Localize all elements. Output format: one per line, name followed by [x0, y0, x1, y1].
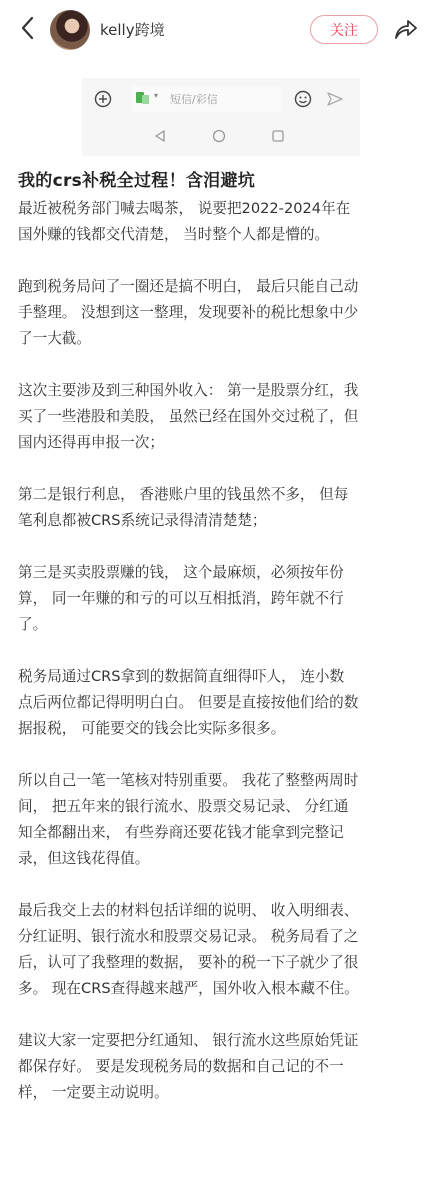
paragraph: 建议大家一定要把分红通知、 银行流水这些原始凭证 都保存好。 要是发现税务局的数…: [18, 1028, 424, 1106]
text-line: 手整理。 没想到这一整理，发现要补的税比想象中少: [18, 300, 424, 326]
text-line: 都保存好。 要是发现税务局的数据和自己记的不一: [18, 1054, 424, 1080]
text-line: 了一大截。: [18, 326, 424, 352]
post-title: 我的crs补税全过程！含泪避坑: [18, 166, 255, 191]
paragraph: 跑到税务局问了一圈还是搞不明白， 最后只能自己动 手整理。 没想到这一整理，发现…: [18, 274, 424, 352]
text-line: 国内还得再申报一次；: [18, 430, 424, 456]
text-line: 跑到税务局问了一圈还是搞不明白， 最后只能自己动: [18, 274, 424, 300]
text-line: 买了一些港股和美股， 虽然已经在国外交过税了，但: [18, 404, 424, 430]
paragraph: 这次主要涉及到三种国外收入： 第一是股票分红，我 买了一些港股和美股， 虽然已经…: [18, 378, 424, 456]
message-input-bar: ▾ 短信/彩信: [82, 82, 360, 118]
text-line: 多。 现在CRS查得越来越严，国外收入根本藏不住。: [18, 976, 424, 1002]
avatar[interactable]: [50, 10, 90, 50]
text-line: 样， 一定要主动说明。: [18, 1080, 424, 1106]
share-arrow-icon: [393, 16, 419, 42]
paragraph: 最近被税务部门喊去喝茶， 说要把2022-2024年在 国外赚的钱都交代清楚， …: [18, 196, 424, 248]
follow-button[interactable]: 关注: [310, 15, 378, 44]
paragraph: 税务局通过CRS拿到的数据简直细得吓人， 连小数 点后两位都记得明明白白。 但要…: [18, 664, 424, 742]
text-line: 第二是银行利息， 香港账户里的钱虽然不多， 但每: [18, 482, 424, 508]
back-button[interactable]: [18, 14, 38, 42]
dropdown-caret-icon: ▾: [154, 91, 158, 100]
text-line: 录，但这钱花得值。: [18, 846, 424, 872]
message-placeholder: 短信/彩信: [170, 91, 218, 107]
text-line: 第三是买卖股票赚的钱， 这个最麻烦，必须按年份: [18, 560, 424, 586]
paragraph: 最后我交上去的材料包括详细的说明、 收入明细表、 分红证明、银行流水和股票交易记…: [18, 898, 424, 1002]
share-button[interactable]: [393, 16, 419, 42]
post-body: 最近被税务部门喊去喝茶， 说要把2022-2024年在 国外赚的钱都交代清楚， …: [18, 196, 424, 1132]
text-line: 最后我交上去的材料包括详细的说明、 收入明细表、: [18, 898, 424, 924]
nav-recents-icon: [272, 130, 284, 142]
send-icon: [326, 91, 344, 107]
text-line: 算， 同一年赚的和亏的可以互相抵消，跨年就不行: [18, 586, 424, 612]
text-line: 税务局通过CRS拿到的数据简直细得吓人， 连小数: [18, 664, 424, 690]
text-line: 间， 把五年来的银行流水、股票交易记录、 分红通: [18, 794, 424, 820]
text-line: 所以自己一笔一笔核对特别重要。 我花了整整两周时: [18, 768, 424, 794]
embedded-screenshot: ▾ 短信/彩信: [82, 78, 360, 156]
sim-card-icon: [136, 92, 150, 105]
text-line: 这次主要涉及到三种国外收入： 第一是股票分红，我: [18, 378, 424, 404]
text-line: 了。: [18, 612, 424, 638]
text-line: 建议大家一定要把分红通知、 银行流水这些原始凭证: [18, 1028, 424, 1054]
android-nav-bar: [82, 122, 360, 152]
chevron-left-icon: [18, 14, 38, 42]
nav-home-icon: [212, 129, 226, 143]
emoji-icon: [294, 90, 312, 108]
text-line: 后，认可了我整理的数据， 要补的税一下子就少了很: [18, 950, 424, 976]
paragraph: 第三是买卖股票赚的钱， 这个最麻烦，必须按年份 算， 同一年赚的和亏的可以互相抵…: [18, 560, 424, 638]
top-bar: kelly跨境 关注: [0, 0, 437, 58]
text-line: 国外赚的钱都交代清楚， 当时整个人都是懵的。: [18, 222, 424, 248]
paragraph: 所以自己一笔一笔核对特别重要。 我花了整整两周时 间， 把五年来的银行流水、股票…: [18, 768, 424, 872]
text-line: 知全都翻出来， 有些券商还要花钱才能拿到完整记: [18, 820, 424, 846]
plus-circle-icon: [94, 90, 112, 108]
username[interactable]: kelly跨境: [100, 19, 165, 40]
paragraph: 第二是银行利息， 香港账户里的钱虽然不多， 但每 笔利息都被CRS系统记录得清清…: [18, 482, 424, 534]
text-line: 分红证明、银行流水和股票交易记录。 税务局看了之: [18, 924, 424, 950]
nav-back-icon: [154, 129, 166, 143]
text-line: 点后两位都记得明明白白。 但要是直接按他们给的数: [18, 690, 424, 716]
text-line: 最近被税务部门喊去喝茶， 说要把2022-2024年在: [18, 196, 424, 222]
text-line: 据报税， 可能要交的钱会比实际多很多。: [18, 716, 424, 742]
text-line: 笔利息都被CRS系统记录得清清楚楚；: [18, 508, 424, 534]
